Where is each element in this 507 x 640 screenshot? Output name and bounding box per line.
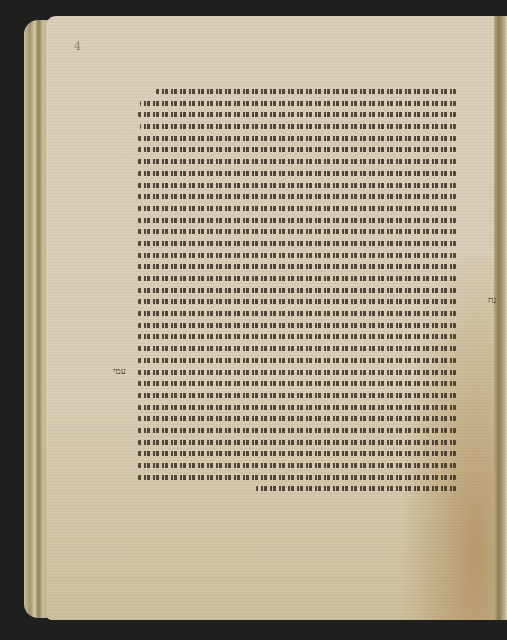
- handwritten-text: [138, 299, 456, 304]
- handwritten-text: [138, 311, 456, 316]
- text-line: [138, 390, 456, 402]
- handwritten-text: [138, 381, 456, 386]
- handwritten-text: [138, 323, 456, 328]
- handwritten-text: [138, 393, 456, 398]
- text-line: [138, 180, 456, 192]
- page-stack-edge: [24, 20, 48, 618]
- margin-note-left: עמי: [113, 366, 126, 377]
- handwritten-text: [138, 253, 456, 258]
- handwritten-text: [138, 264, 456, 269]
- text-line: [138, 355, 456, 367]
- folio-number: 4: [74, 40, 81, 53]
- text-line: [138, 238, 456, 250]
- text-line: [138, 296, 456, 308]
- text-line: [138, 320, 456, 332]
- handwritten-text: [138, 475, 456, 480]
- text-line: [138, 483, 456, 495]
- handwritten-text: [138, 451, 456, 456]
- text-line: [138, 168, 456, 180]
- handwritten-text: [138, 183, 456, 188]
- main-text-block: [138, 86, 456, 495]
- handwritten-text: [138, 112, 456, 117]
- text-line: [138, 413, 456, 425]
- handwritten-text: [138, 334, 456, 339]
- handwritten-text: [138, 276, 456, 281]
- margin-note-right: נח: [488, 295, 496, 306]
- text-line: [138, 285, 456, 297]
- handwritten-text: [138, 428, 456, 433]
- text-line: [138, 308, 456, 320]
- handwritten-text: [138, 218, 456, 223]
- text-line: [138, 215, 456, 227]
- text-line: [138, 226, 456, 238]
- text-line: [138, 156, 456, 168]
- handwritten-text: [138, 136, 456, 141]
- text-line: [138, 144, 456, 156]
- text-line: [138, 448, 456, 460]
- text-line: [138, 437, 456, 449]
- handwritten-text: [138, 416, 456, 421]
- handwritten-text: [138, 405, 456, 410]
- handwritten-text: [138, 241, 456, 246]
- text-line: [138, 109, 456, 121]
- handwritten-text: [138, 229, 456, 234]
- text-line: [138, 460, 456, 472]
- handwritten-text: [138, 370, 456, 375]
- handwritten-text: [138, 358, 456, 363]
- text-line: [138, 133, 456, 145]
- text-line: [138, 331, 456, 343]
- text-line: [138, 472, 456, 484]
- handwritten-text: [138, 288, 456, 293]
- text-line: [138, 261, 456, 273]
- handwritten-text: [138, 440, 456, 445]
- text-line: [138, 402, 456, 414]
- text-line: [138, 367, 456, 379]
- text-line: [138, 86, 456, 98]
- handwritten-text: [140, 101, 456, 106]
- text-line: [138, 425, 456, 437]
- handwritten-text: [138, 159, 456, 164]
- text-line: [138, 250, 456, 262]
- handwritten-text: [138, 346, 456, 351]
- handwritten-text: [138, 147, 456, 152]
- text-line: [138, 121, 456, 133]
- binding-gutter: [494, 16, 506, 620]
- text-line: [138, 203, 456, 215]
- text-line: [138, 343, 456, 355]
- text-line: [138, 98, 456, 110]
- handwritten-text: [138, 194, 456, 199]
- handwritten-text: [138, 171, 456, 176]
- handwritten-text: [138, 206, 456, 211]
- text-line: [138, 273, 456, 285]
- handwritten-text: [140, 124, 456, 129]
- handwritten-text: [138, 463, 456, 468]
- text-line: [138, 378, 456, 390]
- handwritten-text: [156, 89, 456, 94]
- text-line: [138, 191, 456, 203]
- handwritten-text: [256, 486, 456, 491]
